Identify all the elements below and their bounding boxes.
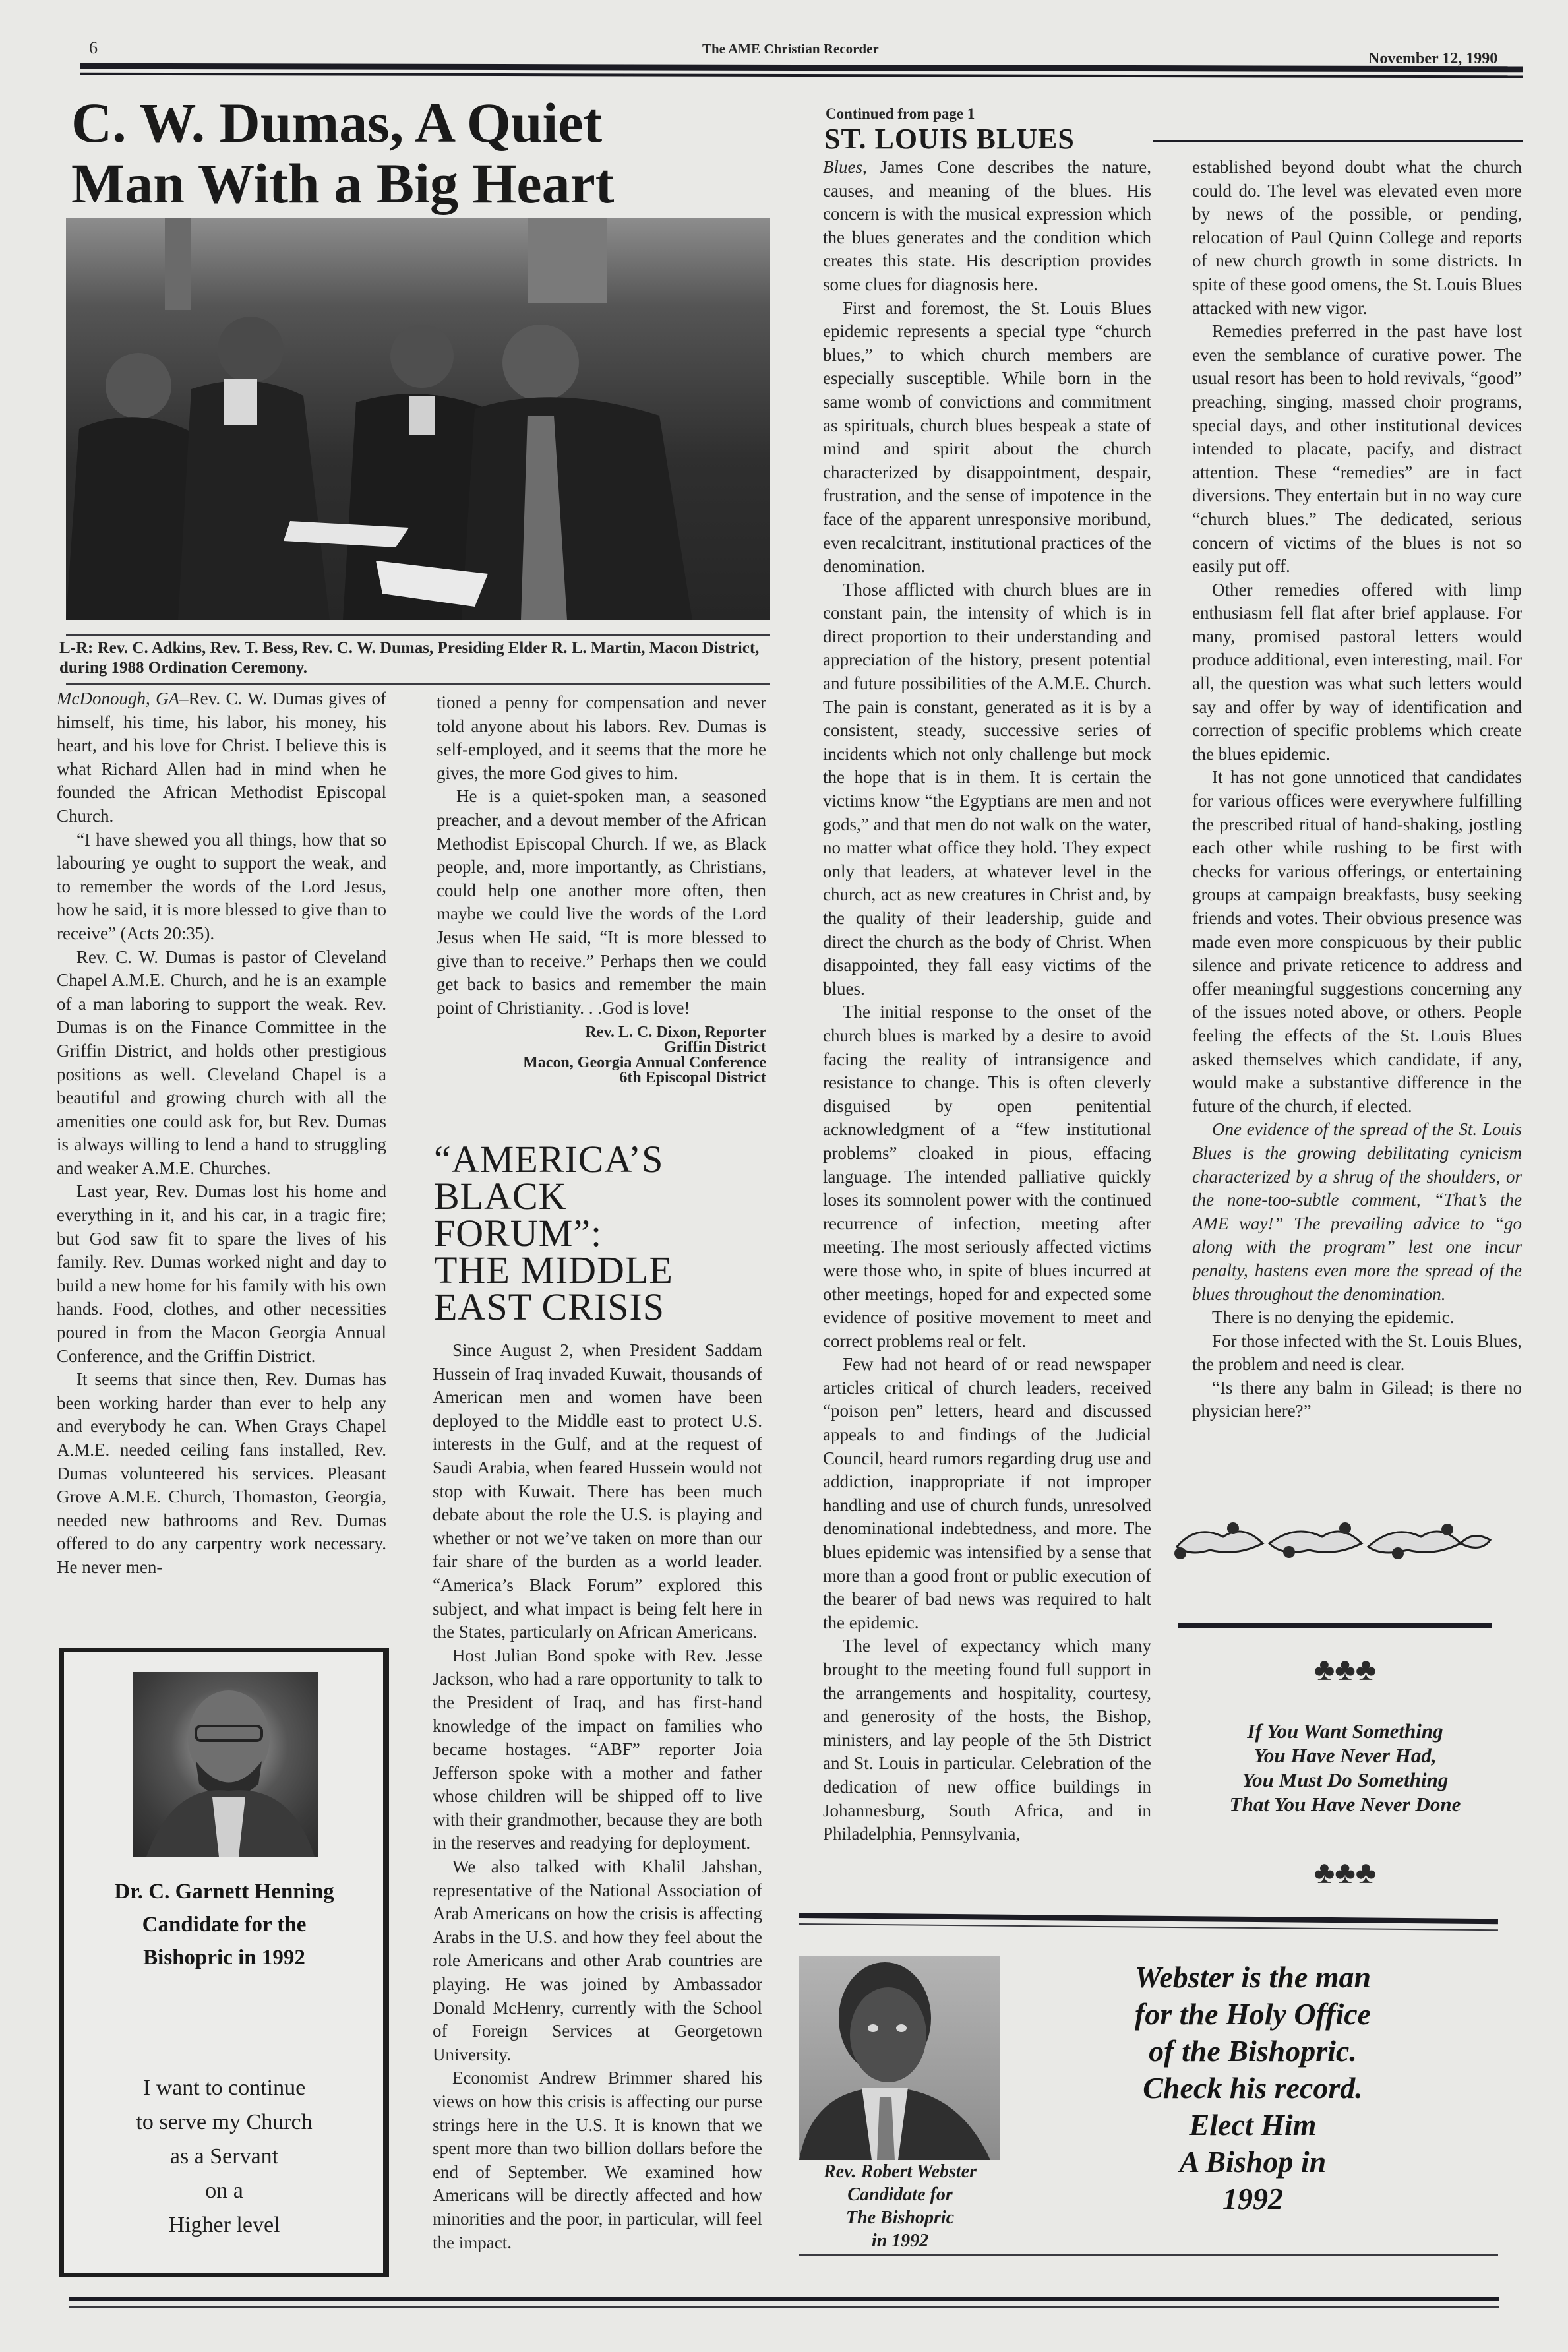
motto-rule-top	[1178, 1623, 1492, 1628]
webster-message-line: Check his record.	[1068, 2070, 1437, 2107]
henning-name: Dr. C. Garnett Henning Candidate for the…	[64, 1875, 384, 1974]
dumas-headline-line1: C. W. Dumas, A Quiet	[71, 92, 777, 153]
webster-caption-line: Rev. Robert Webster	[795, 2160, 1006, 2183]
abf-headline-line: THE MIDDLE	[434, 1252, 777, 1289]
blues-col2-paragraph-4: It has not gone unnoticed that candidate…	[1192, 766, 1522, 1118]
dumas-lead-text: –Rev. C. W. Dumas gives of himself, his …	[57, 689, 386, 826]
fleuron-bottom-icon: ♣♣♣	[1167, 1857, 1523, 1889]
blues-paragraph-1: Blues, James Cone describes the nature, …	[823, 156, 1151, 297]
dumas-paragraph-4: Last year, Rev. Dumas lost his home and …	[57, 1180, 386, 1368]
abf-headline-line: FORUM”:	[434, 1215, 777, 1252]
blues-paragraph-5: Few had not heard of or read newspaper a…	[823, 1353, 1151, 1634]
dumas-col2-paragraph-1: tioned a penny for compensation and neve…	[437, 691, 766, 785]
dumas-byline: Rev. L. C. Dixon, Reporter Griffin Distr…	[437, 1025, 766, 1086]
motto-line: If You Want Something	[1167, 1719, 1523, 1743]
caption-rule-top	[66, 634, 770, 636]
dumas-col2-paragraph-2: He is a quiet-spoken man, a seasoned pre…	[437, 785, 766, 1020]
henning-message-line: I want to continue	[64, 2071, 384, 2105]
motto-line: That You Have Never Done	[1167, 1792, 1523, 1816]
blues-paragraph-6: The level of expectancy which many broug…	[823, 1634, 1151, 1845]
blues-col2-paragraph-2: Remedies preferred in the past have lost…	[1192, 320, 1522, 578]
henning-message-line: Higher level	[64, 2208, 384, 2243]
masthead-rule-thick	[80, 63, 1523, 73]
webster-message-line: Elect Him	[1068, 2107, 1437, 2144]
byline-line: Macon, Georgia Annual Conference	[437, 1055, 766, 1070]
webster-rule-second	[799, 1923, 1498, 1931]
webster-message-line: Webster is the man	[1068, 1959, 1437, 1996]
dumas-column-2: tioned a penny for compensation and neve…	[437, 691, 766, 1086]
dumas-paragraph-5: It seems that since then, Rev. Dumas has…	[57, 1368, 386, 1579]
abf-paragraph-3: We also talked with Khalil Jahshan, repr…	[433, 1855, 762, 2066]
blues-col2-paragraph-7: For those infected with the St. Louis Bl…	[1192, 1330, 1522, 1377]
fleuron-top-icon: ♣♣♣	[1167, 1654, 1523, 1686]
blues-column-1: Blues, James Cone describes the nature, …	[823, 156, 1151, 1846]
abf-paragraph-4: Economist Andrew Brimmer shared his view…	[433, 2066, 762, 2254]
blues-col2-paragraph-8: “Is there any balm in Gilead; is there n…	[1192, 1377, 1522, 1423]
blues-col2-paragraph-1: established beyond doubt what the church…	[1192, 156, 1522, 320]
webster-message-line: for the Holy Office	[1068, 1996, 1437, 2033]
blues-paragraph-4: The initial response to the onset of the…	[823, 1001, 1151, 1353]
dumas-headline-line2: Man With a Big Heart	[71, 153, 777, 214]
abf-paragraph-1: Since August 2, when President Saddam Hu…	[433, 1339, 762, 1644]
motto-line: You Have Never Had,	[1167, 1743, 1523, 1768]
blues-headline-rule	[1153, 140, 1523, 142]
abf-body: Since August 2, when President Saddam Hu…	[433, 1339, 762, 2254]
blues-column-2: established beyond doubt what the church…	[1192, 156, 1522, 1423]
abf-headline: “AMERICA’S BLACK FORUM”: THE MIDDLE EAST…	[434, 1141, 777, 1326]
abf-headline-line: EAST CRISIS	[434, 1289, 777, 1326]
ordination-ceremony-photo	[66, 218, 770, 620]
webster-message-line: 1992	[1068, 2181, 1437, 2217]
webster-caption: Rev. Robert Webster Candidate for The Bi…	[795, 2160, 1006, 2252]
bottom-rule-thick	[69, 2297, 1499, 2301]
abf-paragraph-2: Host Julian Bond spoke with Rev. Jesse J…	[433, 1644, 762, 1855]
person-silhouette-icon	[799, 1956, 1000, 2160]
webster-message-line: of the Bishopric.	[1068, 2033, 1437, 2070]
byline-line: Griffin District	[437, 1040, 766, 1055]
dumas-paragraph-3: Rev. C. W. Dumas is pastor of Cleveland …	[57, 946, 386, 1181]
motto-line: You Must Do Something	[1167, 1768, 1523, 1792]
page-number: 6	[89, 38, 98, 58]
photo-figures-icon	[66, 218, 770, 620]
henning-message-line: as a Servant	[64, 2140, 384, 2174]
webster-portrait	[799, 1956, 1000, 2160]
henning-message: I want to continue to serve my Church as…	[64, 2071, 384, 2243]
webster-caption-line: The Bishopric	[795, 2206, 1006, 2229]
henning-year-line: Bishopric in 1992	[64, 1941, 384, 1974]
blues-col2-paragraph-5: One evidence of the spread of the St. Lo…	[1192, 1118, 1522, 1306]
caption-rule-bottom	[66, 683, 770, 685]
blues-col2-paragraph-3: Other remedies offered with limp enthusi…	[1192, 578, 1522, 766]
dumas-column-1: McDonough, GA–Rev. C. W. Dumas gives of …	[57, 687, 386, 1580]
henning-message-line: to serve my Church	[64, 2105, 384, 2140]
bottom-rule-second	[69, 2306, 1499, 2308]
publication-name: The AME Christian Recorder	[702, 41, 879, 57]
blues-paragraph-2: First and foremost, the St. Louis Blues …	[823, 297, 1151, 578]
blues-paragraph-3: Those afflicted with church blues are in…	[823, 578, 1151, 1001]
henning-ad-box: Dr. C. Garnett Henning Candidate for the…	[59, 1648, 389, 2277]
dumas-headline: C. W. Dumas, A Quiet Man With a Big Hear…	[71, 92, 777, 214]
henning-message-line: on a	[64, 2174, 384, 2208]
henning-name-line: Dr. C. Garnett Henning	[64, 1875, 384, 1908]
henning-portrait	[133, 1672, 318, 1857]
blues-lead-italic: Blues	[823, 157, 862, 177]
blues-col2-paragraph-6: There is no denying the epidemic.	[1192, 1306, 1522, 1330]
continued-kicker: Continued from page 1	[826, 106, 975, 123]
oak-leaf-divider-icon	[1170, 1520, 1493, 1560]
byline-line: Rev. L. C. Dixon, Reporter	[437, 1025, 766, 1040]
bottom-rule-thin	[799, 2254, 1498, 2256]
webster-message-line: A Bishop in	[1068, 2144, 1437, 2181]
dumas-paragraph-1: McDonough, GA–Rev. C. W. Dumas gives of …	[57, 687, 386, 828]
henning-title-line: Candidate for the	[64, 1908, 384, 1941]
webster-caption-line: Candidate for	[795, 2183, 1006, 2206]
motto-text: If You Want Something You Have Never Had…	[1167, 1719, 1523, 1816]
dumas-paragraph-2: “I have shewed you all things, how that …	[57, 828, 386, 946]
person-silhouette-icon	[133, 1672, 318, 1857]
blues-headline: ST. LOUIS BLUES	[824, 122, 1075, 156]
webster-rule-top	[799, 1913, 1498, 1924]
abf-headline-line: BLACK	[434, 1178, 777, 1215]
webster-caption-line: in 1992	[795, 2229, 1006, 2252]
photo-caption: L-R: Rev. C. Adkins, Rev. T. Bess, Rev. …	[59, 638, 771, 678]
webster-message: Webster is the man for the Holy Office o…	[1068, 1959, 1437, 2217]
dateline: McDonough, GA	[57, 689, 179, 708]
blues-lead-text: , James Cone describes the nature, cause…	[823, 157, 1151, 294]
masthead-rule-thin	[80, 73, 1523, 78]
abf-headline-line: “AMERICA’S	[434, 1141, 777, 1178]
byline-line: 6th Episcopal District	[437, 1070, 766, 1086]
